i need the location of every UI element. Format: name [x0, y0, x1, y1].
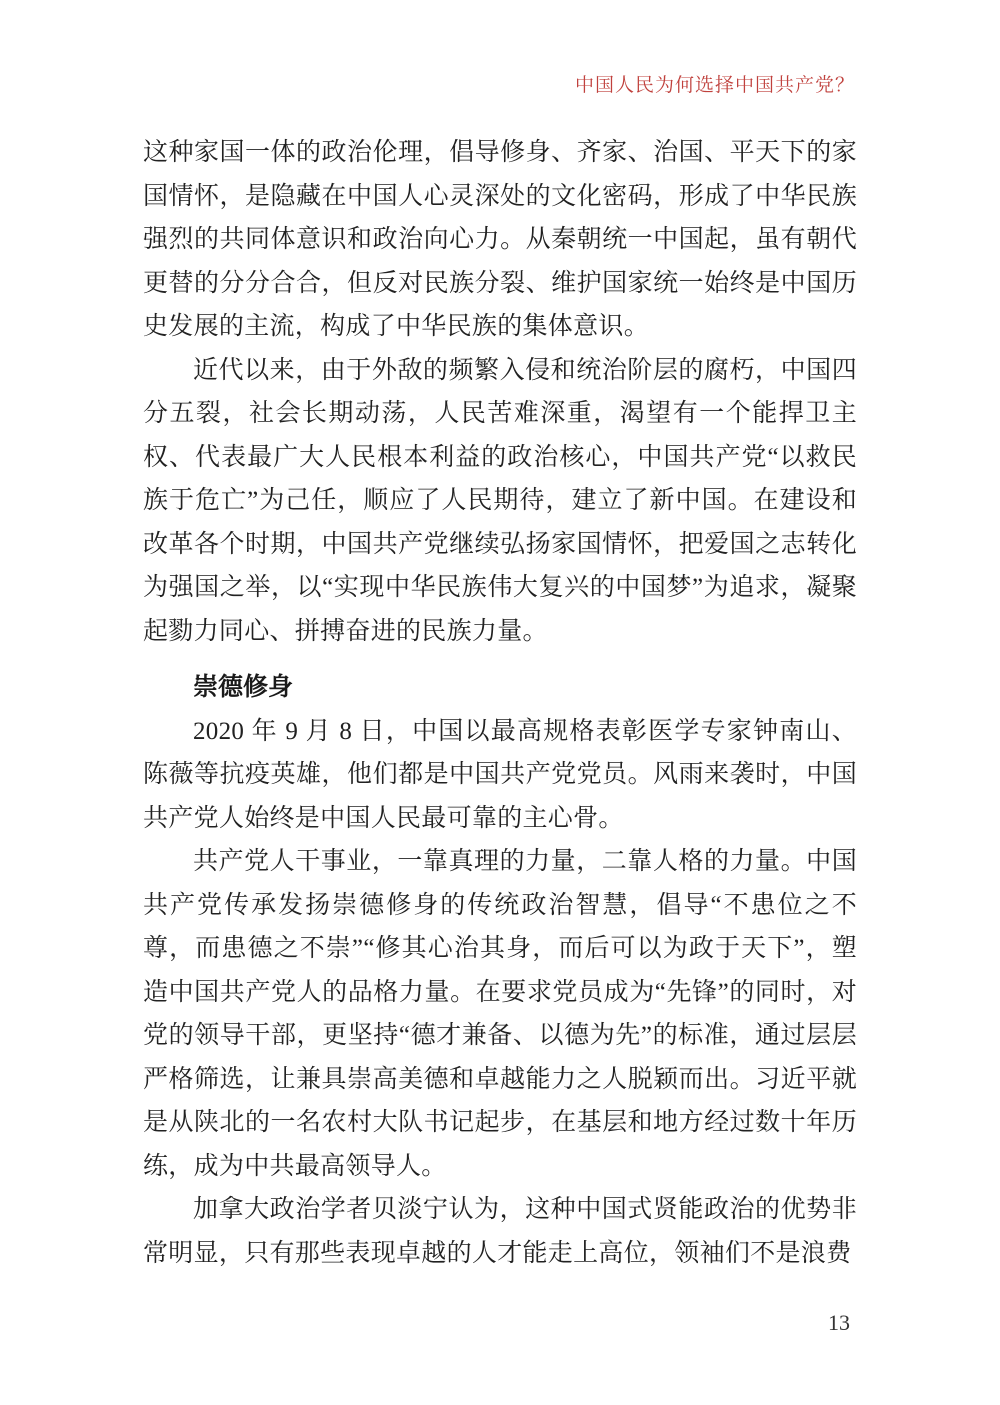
body-paragraph: 2020 年 9 月 8 日，中国以最高规格表彰医学专家钟南山、陈薇等抗疫英雄，…: [143, 710, 857, 841]
book-page: 中国人民为何选择中国共产党？ 这种家国一体的政治伦理，倡导修身、齐家、治国、平天…: [0, 0, 1000, 1405]
page-number: 13: [828, 1310, 850, 1336]
body-paragraph: 共产党人干事业，一靠真理的力量，二靠人格的力量。中国共产党传承发扬崇德修身的传统…: [143, 840, 857, 1188]
body-paragraph: 加拿大政治学者贝淡宁认为，这种中国式贤能政治的优势非常明显，只有那些表现卓越的人…: [143, 1188, 857, 1275]
body-paragraph: 这种家国一体的政治伦理，倡导修身、齐家、治国、平天下的家国情怀，是隐藏在中国人心…: [143, 131, 857, 349]
body-text: 这种家国一体的政治伦理，倡导修身、齐家、治国、平天下的家国情怀，是隐藏在中国人心…: [143, 131, 857, 1275]
body-paragraph: 近代以来，由于外敌的频繁入侵和统治阶层的腐朽，中国四分五裂，社会长期动荡，人民苦…: [143, 349, 857, 654]
running-header: 中国人民为何选择中国共产党？: [575, 70, 855, 97]
section-heading: 崇德修身: [143, 666, 857, 710]
